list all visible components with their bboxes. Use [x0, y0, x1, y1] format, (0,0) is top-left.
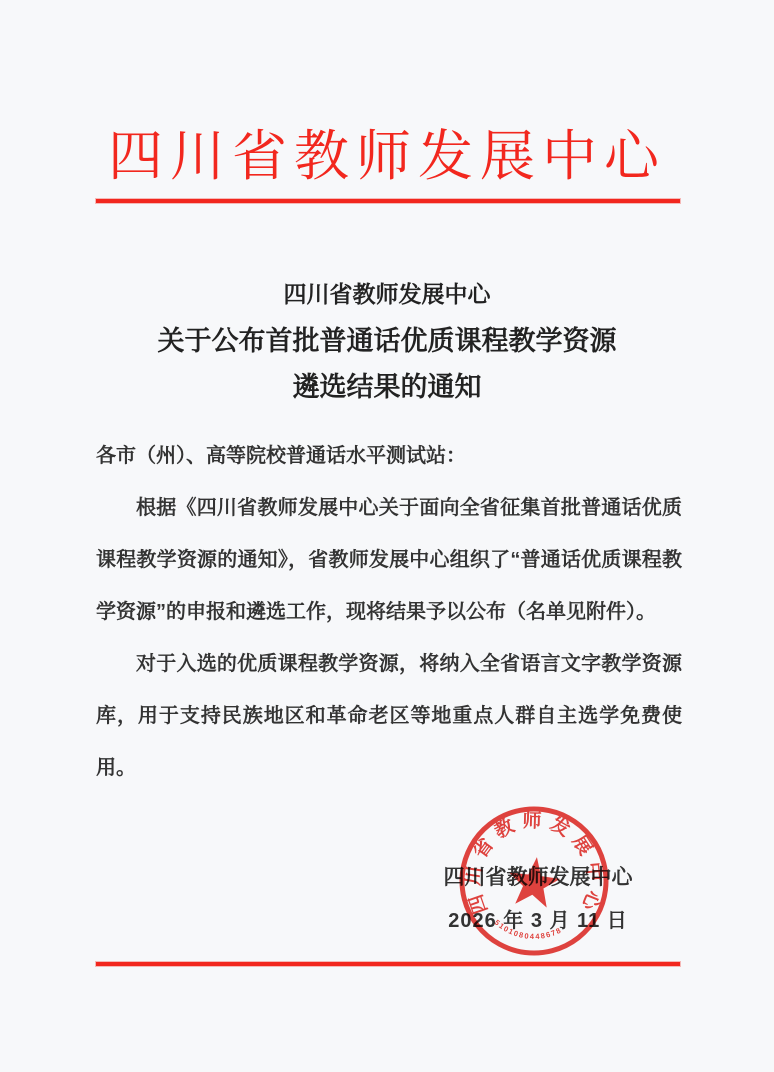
- notice-title-issuer: 四川省教师发展中心: [0, 276, 774, 309]
- letterhead-title: 四川省教师发展中心: [0, 112, 774, 191]
- signature-block: 四川省教师发展中心 2026 年 3 月 11 日: [408, 864, 668, 935]
- body-paragraph-2: 对于入选的优质课程教学资源，将纳入全省语言文字教学资源库，用于支持民族地区和革命…: [96, 638, 682, 794]
- notice-title-type: 遴选结果的通知: [0, 365, 774, 404]
- letterhead-divider-line: [96, 199, 680, 203]
- salutation-line: 各市（州）、高等院校普通话水平测试站：: [96, 430, 682, 482]
- notice-title-subject: 关于公布首批普通话优质课程教学资源: [0, 319, 774, 358]
- notice-body: 各市（州）、高等院校普通话水平测试站： 根据《四川省教师发展中心关于面向全省征集…: [96, 430, 682, 794]
- body-paragraph-1: 根据《四川省教师发展中心关于面向全省征集首批普通话优质课程教学资源的通知》，省教…: [96, 482, 682, 638]
- footer-divider-line: [96, 962, 680, 966]
- signature-date: 2026 年 3 月 11 日: [408, 907, 668, 935]
- notice-document-page: 四川省教师发展中心 四川省教师发展中心 关于公布首批普通话优质课程教学资源 遴选…: [0, 0, 774, 1072]
- signature-org-name: 四川省教师发展中心: [408, 864, 668, 892]
